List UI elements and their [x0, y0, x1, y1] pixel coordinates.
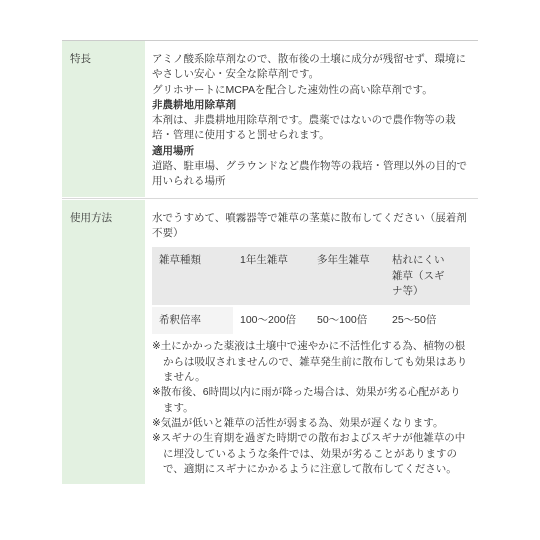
- usage-note-temperature: ※気温が低いと雑草の活性が弱まる為、効果が遅くなります。: [152, 416, 470, 431]
- dilution-table: 雑草種類 1年生雑草 多年生雑草 枯れにくい雑草（スギナ等） 希釈倍率 100～…: [152, 245, 470, 336]
- product-spec-table: 特長 アミノ酸系除草剤なので、散布後の土壌に成分が残留せず、環境に やさしい安心…: [62, 40, 478, 484]
- dilution-header-perennial-weed: 多年生雑草: [310, 247, 385, 305]
- usage-notes: ※土にかかった薬液は土壌中で速やかに不活性化する為、植物の根 からは吸収されませ…: [152, 339, 470, 477]
- usage-intro: 水でうすめて、噴霧器等で雑草の茎葉に散布してください（展着剤 不要）: [152, 211, 470, 242]
- dilution-table-value-row: 希釈倍率 100～200倍 50～100倍 25～50倍: [152, 307, 470, 334]
- row-divider: [62, 198, 478, 199]
- row-content-usage: 水でうすめて、噴霧器等で雑草の茎葉に散布してください（展着剤 不要） 雑草種類 …: [145, 200, 478, 484]
- feature-heading-non-agricultural: 非農耕地用除草剤: [152, 98, 470, 113]
- usage-note-horsetail: ※スギナの生育期を過ぎた時期での散布およびスギナが他雑草の中 に埋没しているよう…: [152, 431, 470, 477]
- spec-row-features: 特長 アミノ酸系除草剤なので、散布後の土壌に成分が残留せず、環境に やさしい安心…: [62, 41, 478, 197]
- feature-paragraph-1: アミノ酸系除草剤なので、散布後の土壌に成分が残留せず、環境に やさしい安心・安全…: [152, 52, 470, 98]
- row-content-features: アミノ酸系除草剤なので、散布後の土壌に成分が残留せず、環境に やさしい安心・安全…: [145, 41, 478, 197]
- feature-paragraph-2: 本剤は、非農耕地用除草剤です。農薬ではないので農作物等の栽 培・管理に使用すると…: [152, 113, 470, 144]
- features-label: 特長: [70, 53, 91, 65]
- dilution-header-annual-weed: 1年生雑草: [233, 247, 310, 305]
- dilution-ratio-annual: 100～200倍: [233, 307, 310, 334]
- dilution-ratio-hardy: 25～50倍: [385, 307, 470, 334]
- spec-row-usage: 使用方法 水でうすめて、噴霧器等で雑草の茎葉に散布してください（展着剤 不要） …: [62, 200, 478, 484]
- row-label-usage: 使用方法: [62, 200, 145, 484]
- feature-heading-applicable-sites: 適用場所: [152, 144, 470, 159]
- dilution-ratio-label: 希釈倍率: [152, 307, 233, 334]
- feature-paragraph-3: 道路、駐車場、グラウンドなど農作物等の栽培・管理以外の目的で 用いられる場所: [152, 159, 470, 190]
- dilution-table-header-row: 雑草種類 1年生雑草 多年生雑草 枯れにくい雑草（スギナ等）: [152, 247, 470, 305]
- usage-note-soil-inactivation: ※土にかかった薬液は土壌中で速やかに不活性化する為、植物の根 からは吸収されませ…: [152, 339, 470, 385]
- dilution-header-weed-type: 雑草種類: [152, 247, 233, 305]
- dilution-header-hardy-weed-text: 枯れにくい雑草（スギナ等）: [392, 253, 450, 299]
- dilution-ratio-perennial: 50～100倍: [310, 307, 385, 334]
- usage-label: 使用方法: [70, 212, 112, 224]
- usage-note-rain: ※散布後、6時間以内に雨が降った場合は、効果が劣る心配があり ます。: [152, 385, 470, 416]
- dilution-header-hardy-weed: 枯れにくい雑草（スギナ等）: [385, 247, 470, 305]
- row-label-features: 特長: [62, 41, 145, 197]
